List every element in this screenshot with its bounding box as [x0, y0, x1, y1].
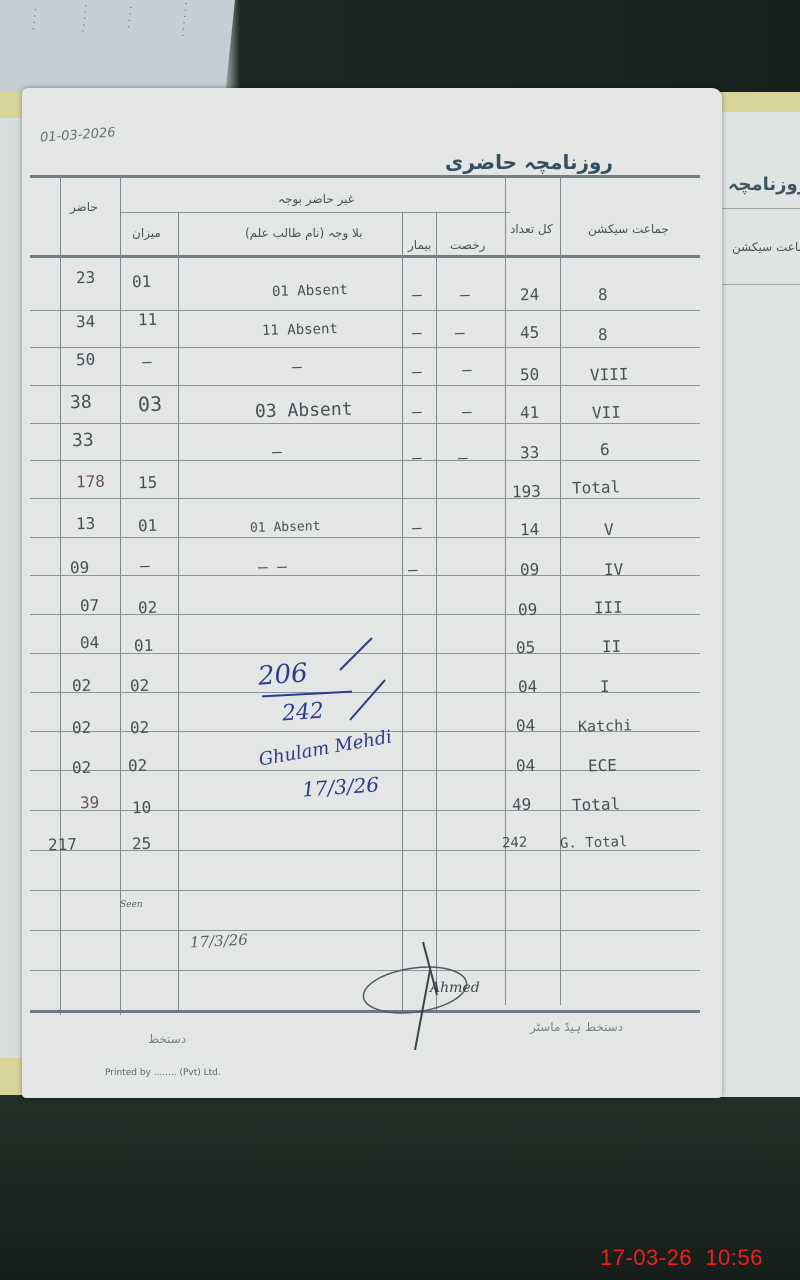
column-divider	[60, 175, 61, 1015]
header-total: کل تعداد	[510, 222, 553, 236]
cell-class: Total	[572, 477, 621, 497]
pencil-note-date: 17/3/26	[190, 930, 249, 951]
cell-present: 04	[80, 633, 100, 652]
cell-absent: 02	[130, 718, 150, 737]
photo-timestamp: 17-03-26 10:56	[600, 1245, 763, 1271]
divider	[718, 284, 800, 285]
cell-reason: 01 Absent	[250, 519, 321, 536]
register-title: روزنامچہ حاضری	[445, 150, 613, 174]
header-absent-group: غیر حاضر بوجہ	[278, 192, 354, 206]
next-page: روزنامچہ جماعت سیکشن	[718, 112, 800, 1097]
cell-total: 242	[502, 835, 528, 852]
header-present: حاضر	[70, 200, 98, 214]
cell-present: 217	[48, 835, 77, 855]
cell-absent: 11	[138, 310, 158, 329]
cell-total: 04	[518, 677, 538, 696]
cell-absent: 03	[138, 392, 163, 417]
cell-class: G. Total	[560, 834, 628, 852]
cell-total: 49	[512, 795, 532, 814]
cell-class: II	[602, 637, 622, 656]
row-divider	[30, 575, 700, 576]
cell-total: 14	[520, 520, 540, 539]
row-divider	[30, 310, 700, 311]
cell-present: 50	[76, 350, 96, 369]
cell-present: 02	[72, 676, 92, 695]
cell-total: 45	[520, 323, 540, 342]
cell-total: 41	[520, 403, 540, 422]
cell-total: 24	[520, 285, 540, 304]
cell-present: 23	[76, 268, 96, 287]
divider	[718, 208, 800, 209]
column-divider	[178, 212, 179, 1012]
column-divider	[560, 175, 561, 1005]
cell-reason: 03 Absent	[255, 399, 353, 423]
footer-signature-label: دستخط	[148, 1032, 186, 1046]
cell-present: 33	[72, 430, 94, 452]
cell-leave: –	[462, 360, 472, 379]
cell-present: 07	[80, 596, 100, 615]
header-class: جماعت سیکشن	[588, 222, 669, 236]
cell-present: 178	[76, 472, 105, 492]
cell-reason: –	[272, 442, 282, 461]
cell-sick: –	[412, 448, 422, 467]
cell-reason: –	[292, 357, 302, 376]
cell-absent: –	[142, 352, 152, 371]
row-divider	[30, 537, 700, 538]
pencil-note-label: Seen	[120, 900, 143, 910]
cell-absent: 02	[138, 598, 158, 617]
cell-absent: 25	[132, 834, 152, 853]
cell-sick: –	[412, 518, 422, 537]
cell-class: V	[604, 520, 614, 539]
column-divider	[120, 175, 121, 1015]
column-divider	[402, 212, 403, 1012]
annotation-fraction-numerator: 206	[257, 658, 309, 691]
row-divider	[30, 385, 700, 386]
header-without-reason: بلا وجہ (نام طالب علم)	[245, 226, 363, 240]
cell-total: 04	[516, 716, 536, 735]
cell-present: 39	[80, 793, 100, 812]
cell-reason: – –	[258, 557, 287, 577]
cell-class: Total	[572, 794, 621, 814]
cell-total: 04	[516, 756, 536, 775]
cell-sick: –	[412, 362, 422, 381]
timestamp-date: 17-03-26	[600, 1245, 692, 1270]
cell-class: VIII	[590, 364, 629, 384]
cell-total: 50	[520, 365, 540, 384]
cell-sick: –	[408, 560, 418, 579]
tick-mark-icon	[330, 630, 390, 730]
cell-absent: –	[140, 556, 150, 575]
cell-absent: 02	[130, 676, 150, 695]
signature-text: Ahmed	[430, 980, 480, 996]
cell-total: 05	[516, 638, 536, 657]
footer-headmaster-signature-label: دستخط ہیڈ ماسٹر	[530, 1020, 623, 1034]
cell-reason: 01 Absent	[272, 282, 348, 300]
next-page-header: جماعت سیکشن	[732, 240, 800, 254]
row-divider	[30, 930, 700, 931]
row-divider	[30, 347, 700, 348]
row-divider	[30, 460, 700, 461]
cell-total: 09	[520, 560, 540, 579]
cell-present: 34	[76, 312, 96, 331]
cell-present: 02	[72, 758, 92, 777]
table-top-border	[30, 175, 700, 178]
annotation-fraction-denominator: 242	[281, 699, 325, 727]
cell-absent: 15	[138, 473, 158, 492]
cell-class: I	[600, 677, 610, 696]
cell-present: 02	[72, 718, 92, 737]
cell-present: 38	[70, 392, 92, 414]
cell-absent: 02	[128, 756, 148, 775]
cell-leave: –	[462, 402, 472, 421]
cell-class: VII	[592, 403, 621, 423]
cell-class: 8	[598, 325, 608, 344]
cell-absent: 01	[134, 636, 154, 655]
cell-sick: –	[412, 402, 422, 421]
cell-leave: –	[455, 323, 465, 342]
header-total-absent: میزان	[132, 226, 161, 240]
cell-class: ECE	[588, 756, 617, 776]
cell-sick: –	[412, 285, 422, 304]
row-divider	[30, 498, 700, 499]
cell-class: Katchi	[578, 716, 633, 735]
cell-total: 09	[518, 600, 538, 619]
cell-class: 8	[598, 285, 608, 304]
cell-total: 193	[512, 482, 541, 502]
row-divider	[30, 423, 700, 424]
cell-absent: 10	[132, 798, 152, 817]
next-page-title: روزنامچہ	[728, 174, 800, 195]
timestamp-time: 10:56	[705, 1245, 763, 1270]
cell-reason: 11 Absent	[262, 321, 338, 339]
cell-class: III	[594, 598, 623, 618]
cell-total: 33	[520, 443, 540, 462]
cell-absent: 01	[132, 272, 152, 291]
cell-leave: –	[458, 448, 468, 467]
cell-sick: –	[412, 323, 422, 342]
footer-printer-line: Printed by ........ (Pvt) Ltd.	[105, 1068, 221, 1078]
cell-absent: 01	[138, 516, 158, 535]
header-bottom-border	[30, 255, 700, 258]
column-divider	[436, 212, 437, 1012]
row-divider	[30, 890, 700, 891]
cell-leave: –	[460, 285, 470, 304]
cell-present: 09	[70, 558, 90, 577]
cell-present: 13	[76, 514, 96, 533]
header-leave: رخصت	[450, 238, 485, 252]
cell-class: IV	[604, 560, 624, 579]
background-paper-sheet: · · · · · · · · · · · · · · · · · · ·	[0, 0, 235, 92]
cell-class: 6	[600, 440, 610, 459]
header-sick: بیمار	[408, 238, 431, 252]
column-divider	[505, 175, 506, 1005]
